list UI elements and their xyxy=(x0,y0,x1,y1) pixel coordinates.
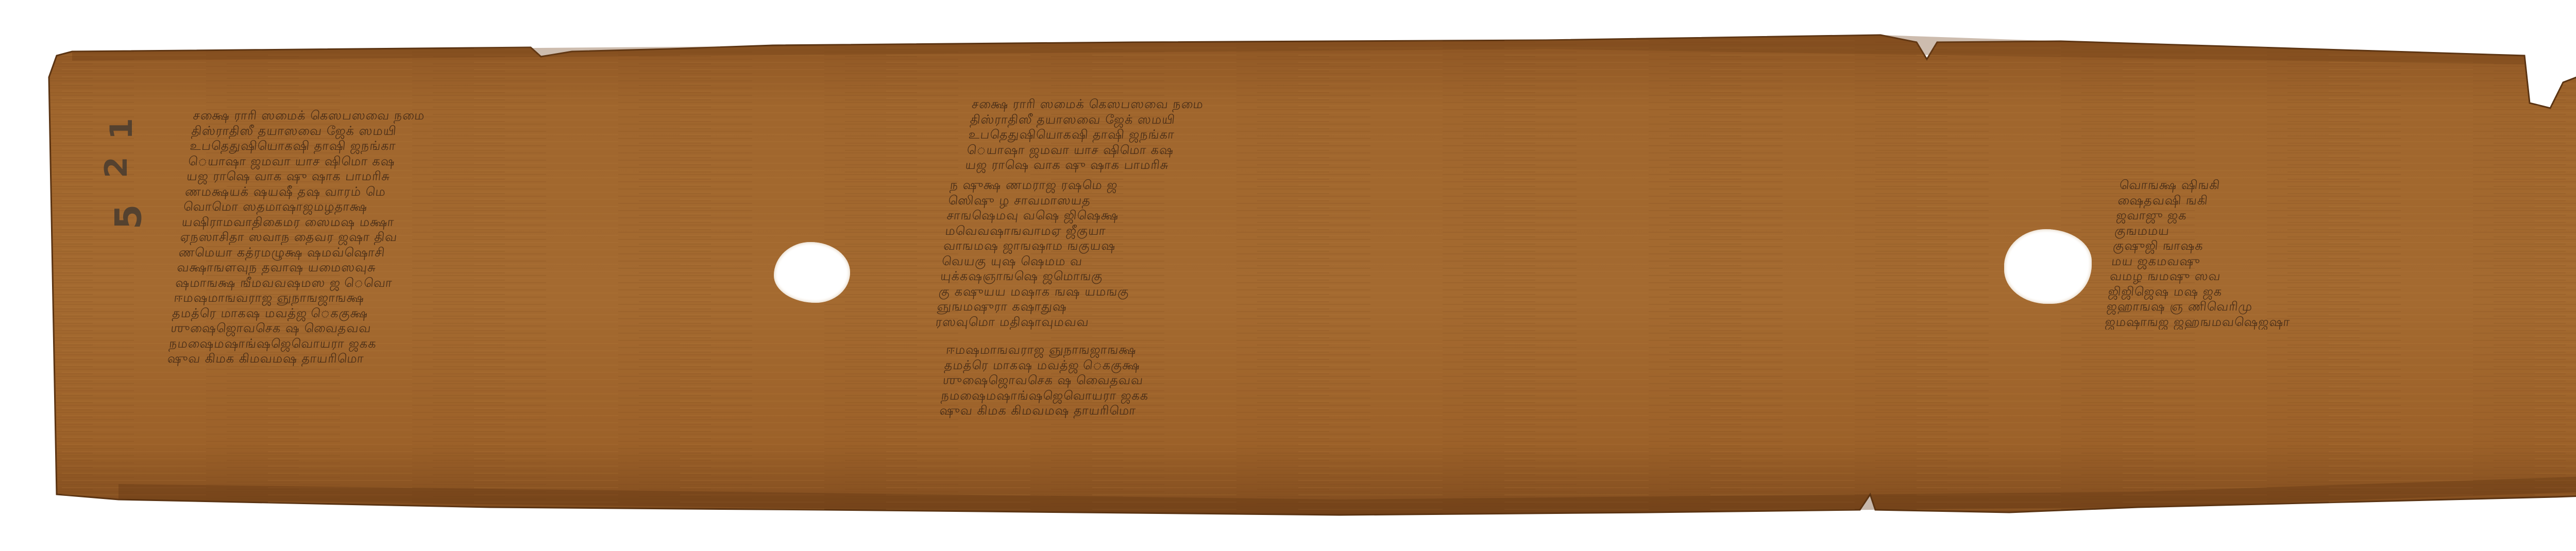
text-line: ஷமாஙக்ஷ ஙீமவவஷமஸ ஜ ெவொ xyxy=(175,275,964,291)
text-line: குஷுஜி ஙாஷக xyxy=(2112,238,2576,254)
text-line: நமஷைமஷாங்ஷஜெவொயரா ஜகக xyxy=(168,336,958,352)
text-line: ஶுஷைஜொவசெக ஷ வைெதவவ xyxy=(942,373,2576,388)
text-line: ஞுஙமஷுரா கஷாதுஷ xyxy=(937,299,1943,315)
text-line: குஙமமய xyxy=(2114,223,2576,239)
text-column-right: வொஙக்ஷ ஷிஙகி ஷைதவஷி ஙகி ஜவாஜு ஜக குஙமமய … xyxy=(2104,178,2576,330)
text-line: வக்ஷாஙளவுந தவாஷ யமைஸவுசு xyxy=(176,260,966,275)
text-line: மய ஜகமவஷு xyxy=(2111,254,2576,269)
text-lines-upper-full: சக்ஷை ராரி ஸமைக் கெஸபஸவை நமை திஸ்ராதிஸீ … xyxy=(964,97,2570,173)
text-line: ஜஹாஙஷ ஞ ணிவெரிமு xyxy=(2106,299,2576,315)
text-line: யஜ ராஷெ வாக ஷு ஷாக பாமரிசு xyxy=(186,169,976,184)
text-line: வொமொ ஸதமாஷாஜமழதாக்ஷ xyxy=(183,199,973,215)
text-line: ணமெயா கத்ரமழுக்ஷ ஷமவ்ஷொசி xyxy=(178,245,968,261)
text-line: ந ஷுக்ஷ ணமராஜ ரஷமெ ஜ xyxy=(949,178,1955,193)
text-column-left: சக்ஷை ராரி ஸமைக் கெஸபஸவை நமை திஸ்ராதிஸீ … xyxy=(167,108,982,367)
text-line: ணமக்ஷயக் ஷயஷீ தஷ வாரம் மெ xyxy=(184,184,974,200)
text-line: சாஙஷெமவு வஷெ ஜிஷெக்ஷ xyxy=(946,208,1952,223)
text-line: ஸிெஷு ழ சாவமாஸயத xyxy=(947,193,1954,209)
margin-note-left-2: 2 xyxy=(98,157,134,178)
text-line: வெயகு யுஷ ஷெமம வ xyxy=(941,254,1947,269)
margin-note-left-1: 1 xyxy=(104,118,140,140)
text-line: நமஷைமஷாங்ஷஜெவொயரா ஜகக xyxy=(940,388,2576,404)
text-line: ஶுஷைஜொவசெக ஷ வைெதவவ xyxy=(170,321,960,336)
margin-note-left-3: 5 xyxy=(107,204,149,230)
text-line: வொஙக்ஷ ஷிஙகி xyxy=(2119,178,2576,193)
text-line: யஷிராமவாதிகைமர ஸைமஷ மக்ஷா xyxy=(181,215,971,230)
text-lines-lower-full: ஈமஷமாஙவராஜ ஞுநாஙஜாஙக்ஷ தமத்ரெ மாகஷ மவத்ஜ… xyxy=(939,342,2576,419)
text-line: ெயாஷா ஜமவா யாச ஷிமொ கஷ xyxy=(966,143,2565,158)
text-line: வாஙமஷ ஜாஙஷாம ஙகுயஷ xyxy=(943,238,1949,254)
text-line: ஜவாஜு ஜக xyxy=(2115,208,2576,223)
text-line: ஷுவ கிமக கிமவமஷ தாயரிமொ xyxy=(167,351,957,367)
text-line: ஜிஜிஜெஷ மஷ ஜக xyxy=(2108,284,2576,300)
text-line: யுக்கஷஞாஙஷெ ஜமொஙகு xyxy=(940,269,1946,284)
text-line: ரஸவுமொ மதிஷாவுமவவ xyxy=(935,315,1941,330)
text-line: ஷைதவஷி ஙகி xyxy=(2117,193,2576,209)
binding-hole-right xyxy=(2004,229,2092,304)
text-line: சக்ஷை ராரி ஸமைக் கெஸபஸவை நமை xyxy=(192,108,982,124)
text-line: சக்ஷை ராரி ஸமைக் கெஸபஸவை நமை xyxy=(971,97,2570,112)
text-line: உபதெதுஷியொகஷி தாஷி ஜநங்கா xyxy=(189,139,979,154)
text-line: திஸ்ராதிஸீ தயாஸவை ஜேக் ஸமயி xyxy=(970,112,2568,128)
text-line: ஈமஷமாஙவராஜ ஞுநாஙஜாஙக்ஷ xyxy=(173,290,963,306)
text-line: வமழ ஙமஷு ஸவ xyxy=(2109,269,2576,284)
text-line: யஜ ராஷெ வாக ஷு ஷாக பாமரிசு xyxy=(964,158,2563,173)
text-line: தமத்ரெ மாகஷ மவத்ஜ ெககுக்ஷ xyxy=(944,358,2576,373)
text-line: ஜமஷாஙஜ ஜஹஙமவஷெஜஷா xyxy=(2104,315,2576,330)
text-line: ஏநஸாசிதா ஸவாந தைவர ஜஷா திவ xyxy=(179,230,969,245)
text-line: ஈமஷமாஙவராஜ ஞுநாஙஜாஙக்ஷ xyxy=(945,342,2576,358)
palm-leaf-folio: சக்ஷை ராரி ஸமைக் கெஸபஸவை நமை திஸ்ராதிஸீ … xyxy=(0,0,2576,551)
text-line: ஷுவ கிமக கிமவமஷ தாயரிமொ xyxy=(939,403,2576,419)
text-line: ெயாஷா ஜமவா யாச ஷிமொ கஷ xyxy=(188,154,977,169)
text-line: தமத்ரெ மாகஷ மவத்ஜ ெககுக்ஷ xyxy=(172,306,961,321)
text-column-middle: ந ஷுக்ஷ ணமராஜ ரஷமெ ஜ ஸிெஷு ழ சாவமாஸயத சா… xyxy=(935,178,1955,330)
text-line: கு கஷுயய மஷாக ஙஷ யமஙகு xyxy=(938,284,1944,300)
text-line: திஸ்ராதிஸீ தயாஸவை ஜேக் ஸமயி xyxy=(191,124,980,139)
text-line: மவெவஷாஙவாமஏ ஜீகுயா xyxy=(944,223,1951,239)
text-line: உபதெதுஷியொகஷி தாஷி ஜநங்கா xyxy=(968,127,2566,143)
